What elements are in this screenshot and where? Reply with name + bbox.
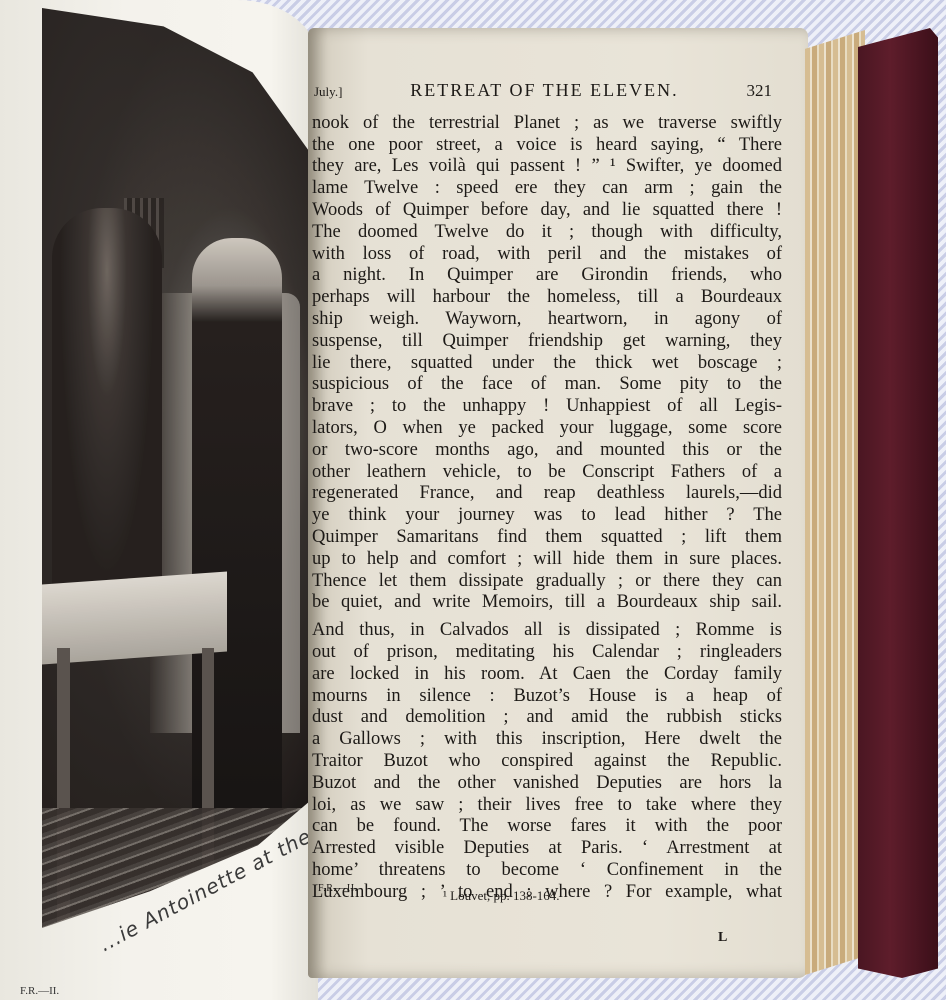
- text-line: other leathern vehicle, to be Conscript …: [312, 462, 782, 484]
- text-line: can be found. The worse fares it with th…: [312, 816, 782, 838]
- left-page-plate: ...ie Antoinette at the Concie... F.R.—I…: [0, 0, 318, 1000]
- text-line: are locked in his room. At Caen the Cord…: [312, 664, 782, 686]
- text-line: Arrested visible Deputies at Paris. ‘ Ar…: [312, 838, 782, 860]
- text-line: Quimper Samaritans find them squatted ; …: [312, 527, 782, 549]
- text-line: Thence let them dissipate gradually ; or…: [312, 571, 782, 593]
- plate-signature: F.R.—II.: [20, 985, 59, 997]
- text-line: Buzot and the other vanished Deputies ar…: [312, 773, 782, 795]
- text-line: dust and demolition ; and amid the rubbi…: [312, 707, 782, 729]
- text-line: the one poor street, a voice is heard sa…: [312, 135, 782, 157]
- paragraph-1: nook of the terrestrial Planet ; as we t…: [312, 113, 782, 614]
- engraving-illustration: [42, 8, 312, 928]
- text-line: mourns in silence : Buzot’s House is a h…: [312, 686, 782, 708]
- text-line: a night. In Quimper are Girondin friends…: [312, 265, 782, 287]
- running-head-date: July.]: [314, 81, 342, 103]
- text-line: out of prison, meditating his Calendar ;…: [312, 642, 782, 664]
- book-photo: ...ie Antoinette at the Concie... F.R.—I…: [0, 0, 946, 1000]
- text-line: Traitor Buzot who conspired against the …: [312, 751, 782, 773]
- text-line: or two-score months ago, and mounted thi…: [312, 440, 782, 462]
- text-line: regenerated France, and reap deathless l…: [312, 483, 782, 505]
- text-line: And thus, in Calvados all is dissipated …: [312, 620, 782, 642]
- text-line: up to help and comfort ; will hide them …: [312, 549, 782, 571]
- text-line: with loss of road, with peril and the mi…: [312, 244, 782, 266]
- text-line: ship weigh. Wayworn, heartworn, in agony…: [312, 309, 782, 331]
- text-line: lators, O when ye packed your luggage, s…: [312, 418, 782, 440]
- text-line: lame Twelve : speed ere they can arm ; g…: [312, 178, 782, 200]
- book-cover: [858, 28, 938, 978]
- text-line: Woods of Quimper before day, and lie squ…: [312, 200, 782, 222]
- gathering-letter: L: [718, 930, 727, 946]
- text-line: lie there, squatted under the thick wet …: [312, 353, 782, 375]
- page-number: 321: [747, 80, 783, 102]
- running-head: July.] RETREAT OF THE ELEVEN. 321: [312, 80, 782, 103]
- text-line: suspense, till Quimper friendship get wa…: [312, 331, 782, 353]
- paragraph-2: And thus, in Calvados all is dissipated …: [312, 620, 782, 903]
- text-line: they are, Les voilà qui passent ! ” ¹ Sw…: [312, 156, 782, 178]
- footnote: ¹ Louvet, pp. 138-164.: [443, 888, 560, 904]
- text-line: home’ threatens to become ‘ Confinement …: [312, 860, 782, 882]
- text-line: The doomed Twelve do it ; though with di…: [312, 222, 782, 244]
- guard-figure: [52, 208, 162, 628]
- text-line: brave ; to the unhappy ! Unhappiest of a…: [312, 396, 782, 418]
- text-line: loi, as we saw ; their lives free to tak…: [312, 795, 782, 817]
- text-line: perhaps will harbour the homeless, till …: [312, 287, 782, 309]
- signature-mark: F.R.—II.: [318, 883, 358, 894]
- text-line: ye think your journey was to lead hither…: [312, 505, 782, 527]
- text-line: suspicious of the face of man. Some pity…: [312, 374, 782, 396]
- text-line: nook of the terrestrial Planet ; as we t…: [312, 113, 782, 135]
- text-block: July.] RETREAT OF THE ELEVEN. 321 nook o…: [312, 80, 782, 903]
- page-edges: [805, 30, 865, 975]
- running-head-title: RETREAT OF THE ELEVEN.: [342, 80, 746, 102]
- text-line: a Gallows ; with this inscription, Here …: [312, 729, 782, 751]
- text-line: be quiet, and write Memoirs, till a Bour…: [312, 592, 782, 614]
